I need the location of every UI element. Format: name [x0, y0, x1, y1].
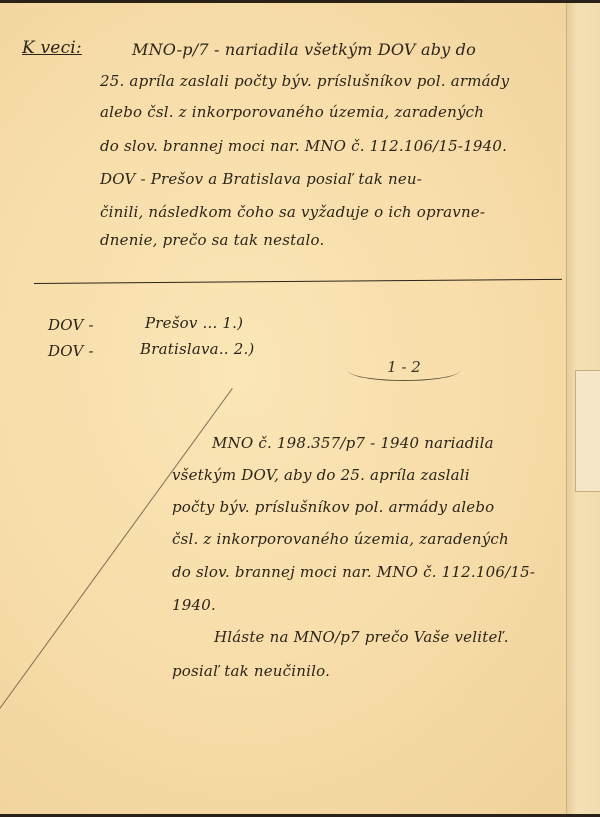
- body-line-1: MNO č. 198.357/p7 - 1940 nariadila: [212, 434, 494, 452]
- top-note-line-7: dnenie, prečo sa tak nestalo.: [100, 231, 324, 249]
- recipient-unit: DOV -: [48, 342, 94, 360]
- top-note-line-3: alebo čsl. z inkorporovaného územia, zar…: [100, 103, 484, 121]
- top-note-line-2: 25. apríla zaslali počty býv. príslušník…: [100, 72, 509, 90]
- closing-line-1: Hláste na MNO/p7 prečo Vaše veliteľ.: [214, 628, 509, 646]
- recipient-place: Prešov ... 1.): [145, 314, 243, 332]
- recipient-unit: DOV -: [48, 316, 94, 334]
- body-line-4: čsl. z inkorporovaného územia, zaradenýc…: [172, 530, 509, 548]
- page-number: 1 - 2: [348, 360, 460, 381]
- body-line-3: počty býv. príslušníkov pol. armády aleb…: [172, 498, 494, 516]
- document-page: [0, 3, 600, 814]
- body-line-5: do slov. brannej moci nar. MNO č. 112.10…: [172, 563, 535, 581]
- body-line-2: všetkým DOV, aby do 25. apríla zaslali: [172, 466, 470, 484]
- closing-line-2: posiaľ tak neučinilo.: [172, 662, 330, 680]
- top-note-line-4: do slov. brannej moci nar. MNO č. 112.10…: [100, 137, 507, 155]
- folded-tab: [575, 370, 600, 492]
- top-note-line-6: činili, následkom čoho sa vyžaduje o ich…: [100, 203, 485, 221]
- top-note-line-1: MNO-p/7 - nariadila všetkým DOV aby do: [132, 40, 476, 59]
- recipient-place: Bratislava.. 2.): [140, 340, 254, 358]
- body-line-6: 1940.: [172, 596, 216, 614]
- reference-label: K veci:: [22, 38, 82, 58]
- top-note-line-5: DOV - Prešov a Bratislava posiaľ tak neu…: [100, 170, 422, 188]
